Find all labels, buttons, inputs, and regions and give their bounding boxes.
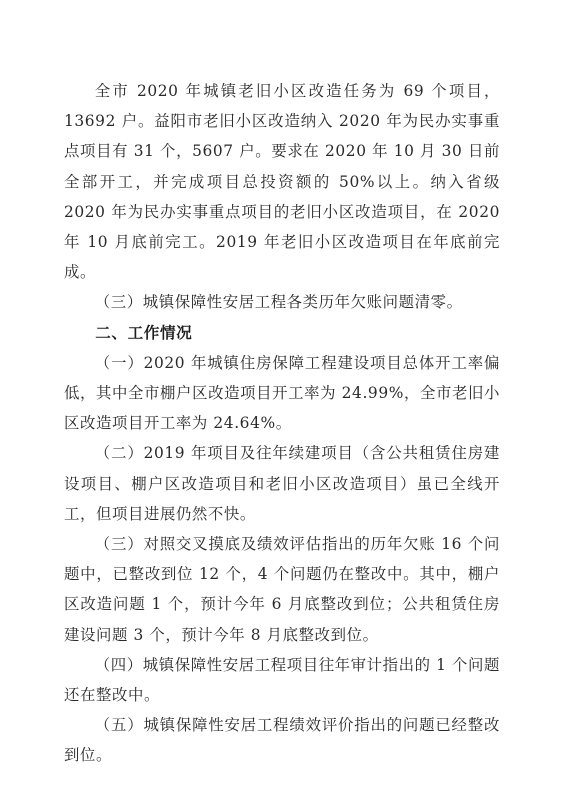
paragraph-item-3-clear-backlog: （三）城镇保障性安居工程各类历年欠账问题清零。: [64, 287, 500, 317]
section-heading-work-status: 二、工作情况: [64, 318, 500, 348]
paragraph-status-3: （三）对照交叉摸底及绩效评估指出的历年欠账 16 个问题中，已整改到位 12 个…: [64, 529, 500, 650]
paragraph-status-1: （一）2020 年城镇住房保障工程建设项目总体开工率偏低，其中全市棚户区改造项目…: [64, 348, 500, 439]
paragraph-status-4: （四）城镇保障性安居工程项目往年审计指出的 1 个问题还在整改中。: [64, 650, 500, 710]
paragraph-status-2: （二）2019 年项目及往年续建项目（含公共租赁住房建设项目、棚户区改造项目和老…: [64, 438, 500, 529]
paragraph-status-5: （五）城镇保障性安居工程绩效评价指出的问题已经整改到位。: [64, 710, 500, 770]
document-page: 全市 2020 年城镇老旧小区改造任务为 69 个项目，13692 户。益阳市老…: [64, 76, 500, 771]
paragraph-renovation-targets: 全市 2020 年城镇老旧小区改造任务为 69 个项目，13692 户。益阳市老…: [64, 76, 500, 287]
